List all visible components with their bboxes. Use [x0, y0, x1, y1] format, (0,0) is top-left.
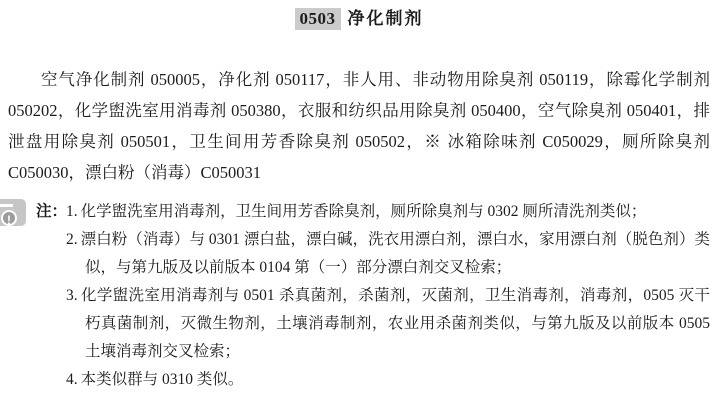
section-code-badge: 0503 [295, 8, 341, 30]
note-items-list: 1.化学盥洗室用消毒剂，卫生间用芳香除臭剂，厕所除臭剂与 0302 厕所清洗剂类… [66, 198, 710, 394]
note-item-2: 2.漂白粉（消毒）与 0301 漂白盐，漂白碱，洗衣用漂白剂，漂白水，家用漂白剂… [66, 226, 710, 282]
page-title: 净化制剂 [348, 9, 424, 28]
note-item-2-number: 2. [66, 231, 78, 248]
note-book-exclamation-icon: ! [0, 199, 30, 231]
section-header: 0503净化制剂 [0, 0, 718, 32]
note-item-4-number: 4. [66, 371, 78, 388]
note-item-4-text: 本类似群与 0310 类似。 [81, 371, 244, 388]
note-label: 注： [36, 198, 66, 226]
note-item-1-number: 1. [66, 203, 78, 220]
note-block: ! 注： 1.化学盥洗室用消毒剂，卫生间用芳香除臭剂，厕所除臭剂与 0302 厕… [0, 198, 718, 394]
note-item-3-number: 3. [66, 287, 78, 304]
note-item-1: 1.化学盥洗室用消毒剂，卫生间用芳香除臭剂，厕所除臭剂与 0302 厕所清洗剂类… [66, 198, 710, 226]
goods-list-paragraph: 空气净化制剂 050005，净化剂 050117，非人用、非动物用除臭剂 050… [8, 64, 710, 188]
note-item-1-text: 化学盥洗室用消毒剂，卫生间用芳香除臭剂，厕所除臭剂与 0302 厕所清洗剂类似； [81, 203, 647, 220]
exclamation-badge-icon: ! [1, 210, 17, 226]
note-item-4: 4.本类似群与 0310 类似。 [66, 366, 710, 394]
note-item-2-text: 漂白粉（消毒）与 0301 漂白盐，漂白碱，洗衣用漂白剂，漂白水，家用漂白剂（脱… [81, 231, 710, 276]
note-item-3-text: 化学盥洗室用消毒剂与 0501 杀真菌剂，杀菌剂，灭菌剂，卫生消毒剂，消毒剂，0… [81, 287, 710, 360]
note-item-3: 3.化学盥洗室用消毒剂与 0501 杀真菌剂，杀菌剂，灭菌剂，卫生消毒剂，消毒剂… [66, 282, 710, 366]
